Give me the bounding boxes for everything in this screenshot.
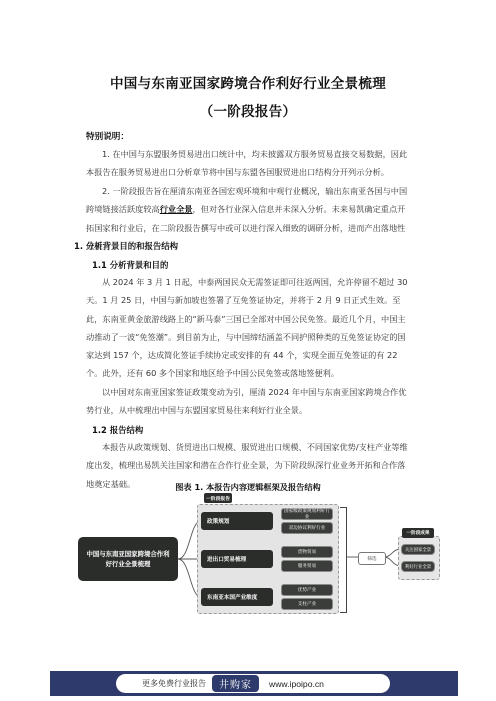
note-item-2-emphasis: 行业全景 — [160, 204, 193, 214]
footer-banner[interactable]: 更多免费行业报告 井购家 www.ipoipo.cn — [50, 671, 458, 696]
section-1-2-heading: 1.2 报告结构 — [92, 424, 143, 436]
diagram-result-leaf: 利好行业全景 — [401, 561, 435, 572]
diagram-branch-policy: 政策规划 — [201, 512, 273, 530]
diagram-root-node: 中国与东南亚国家跨境合作利好行业全景梳理 — [78, 537, 178, 581]
diagram-bracket — [340, 507, 347, 613]
diagram-leaf: 货物贸易 — [281, 546, 333, 558]
diagram-filter-node: 筛选 — [358, 552, 386, 565]
diagram-branch-trade: 进出口贸易梳理 — [201, 550, 273, 568]
footer-pill[interactable]: 更多免费行业报告 井购家 www.ipoipo.cn — [116, 674, 390, 693]
section-1-1-paragraph-1: 从 2024 年 3 月 1 日起，中泰两国民众无需签证即可往返两国，允许停留不… — [86, 273, 412, 383]
figure-caption: 图表 1. 本报告内容逻辑框架及报告结构 — [0, 482, 496, 493]
note-item-1: 1. 在中国与东盟服务贸易进出口统计中，均未披露双方服务贸易直接交易数据，因此本… — [86, 145, 412, 182]
footer-text: 更多免费行业报告 — [142, 678, 206, 689]
document-title: 中国与东南亚国家跨境合作利好行业全景梳理 — [0, 72, 496, 92]
section-1-heading: 1. 分析背景目的和报告结构 — [74, 240, 178, 252]
note-heading: 特别说明： — [86, 130, 129, 142]
diagram-leaf: 国家级政策规划利好行业 — [281, 508, 333, 520]
diagram-leaf: 双边协议利好行业 — [281, 522, 333, 534]
diagram-leaf: 支柱产业 — [281, 598, 333, 610]
document-page: 中国与东南亚国家跨境合作利好行业全景梳理 （一阶段报告） 特别说明： 1. 在中… — [0, 0, 496, 701]
diagram-branch-industry: 东南亚本国产业维度 — [201, 588, 273, 606]
document-subtitle: （一阶段报告） — [0, 100, 496, 120]
section-1-1-heading: 1.1 分析背景和目的 — [92, 259, 168, 271]
diagram-leaf: 服务贸易 — [281, 560, 333, 572]
footer-logo[interactable]: 井购家 — [212, 675, 259, 692]
diagram-result-frame — [398, 536, 440, 580]
diagram-result-tag: 一阶段成果 — [402, 528, 434, 538]
section-1-1-paragraph-2: 以中国对东南亚国家签证政策变动为引，厘清 2024 年中国与东南亚国家跨境合作优… — [86, 383, 412, 420]
diagram-result-leaf: 关注国家全景 — [401, 544, 435, 555]
diagram-leaf: 优势产业 — [281, 584, 333, 596]
footer-url-link[interactable]: www.ipoipo.cn — [269, 679, 324, 689]
diagram-stage-tag: 一阶段报告 — [204, 493, 232, 503]
